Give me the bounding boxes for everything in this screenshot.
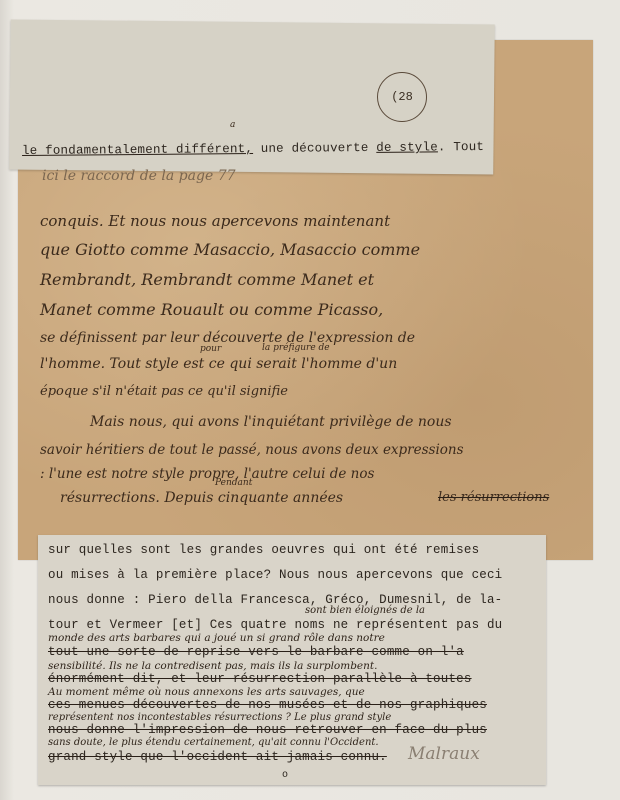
handwritten-line: l'homme. Tout style est ce qui serait l'…	[40, 356, 397, 372]
handwritten-line: Manet comme Rouault ou comme Picasso,	[40, 300, 383, 319]
handwritten-interlinear: Au moment même où nous annexons les arts…	[48, 686, 365, 698]
handwritten-line: savoir héritiers de tout le passé, nous …	[40, 442, 464, 458]
handwritten-line: : l'une est notre style propre, l'autre …	[40, 466, 374, 482]
handwritten-interlinear: représentent nos incontestables résurrec…	[48, 712, 391, 723]
handwritten-line: conquis. Et nous nous apercevons mainten…	[40, 212, 390, 230]
handwritten-line: se définissent par leur découverte de l'…	[40, 330, 415, 346]
struck-handwritten: les résurrections	[438, 490, 549, 505]
handwritten-interlinear: monde des arts barbares qui a joué un si…	[48, 632, 385, 644]
caret-insertion: a	[230, 120, 235, 130]
typed-line: grand style que l'occident ait jamais co…	[48, 750, 387, 764]
page-number-circle: (28	[377, 72, 427, 122]
handwritten-interlinear: sans doute, le plus étendu certainement,…	[48, 737, 379, 748]
handwritten-interlinear: sont bien éloignés de la	[305, 605, 425, 616]
handwritten-line: époque s'il n'était pas ce qu'il signifi…	[40, 384, 288, 399]
typed-line: sur quelles sont les grandes oeuvres qui…	[48, 543, 479, 557]
typed-line: énormément dit, et leur résurrection par…	[48, 672, 472, 686]
typed-line: ces menues découvertes de nos musées et …	[48, 698, 487, 712]
typed-line: nous donne l'impression de nous retrouve…	[48, 723, 487, 737]
handwritten-line: Rembrandt, Rembrandt comme Manet et	[40, 270, 374, 289]
handwritten-line: que Giotto comme Masaccio, Masaccio comm…	[40, 240, 420, 259]
interlinear-note: pour	[200, 344, 221, 354]
footer-mark: o	[282, 770, 288, 781]
handwritten-interlinear: sensibilité. Ils ne la contredisent pas,…	[48, 660, 377, 672]
typed-text: une découverte	[253, 141, 376, 156]
handwritten-line: résurrections. Depuis cinquante années	[60, 490, 343, 506]
pencil-note: ici le raccord de la page 77	[42, 168, 236, 184]
interlinear-note: la préfigure de	[262, 343, 330, 353]
page-number: (28	[391, 90, 413, 104]
typed-line: tour et Vermeer [et] Ces quatre noms ne …	[48, 618, 502, 632]
typed-line: ou mises à la première place? Nous nous …	[48, 568, 502, 582]
underlined-text: de style	[376, 140, 438, 155]
typed-line: nous donne : Piero della Francesca, Gréc…	[48, 593, 502, 607]
typed-text: . Tout	[438, 140, 484, 154]
handwritten-line: Mais nous, qui avons l'inquiétant privil…	[90, 414, 452, 430]
interlinear-note: Pendant	[215, 478, 252, 488]
typed-line: tout une sorte de reprise vers le barbar…	[48, 645, 464, 659]
author-signature: Malraux	[408, 744, 480, 764]
struck-text: le fondamentalement différent,	[22, 142, 253, 158]
